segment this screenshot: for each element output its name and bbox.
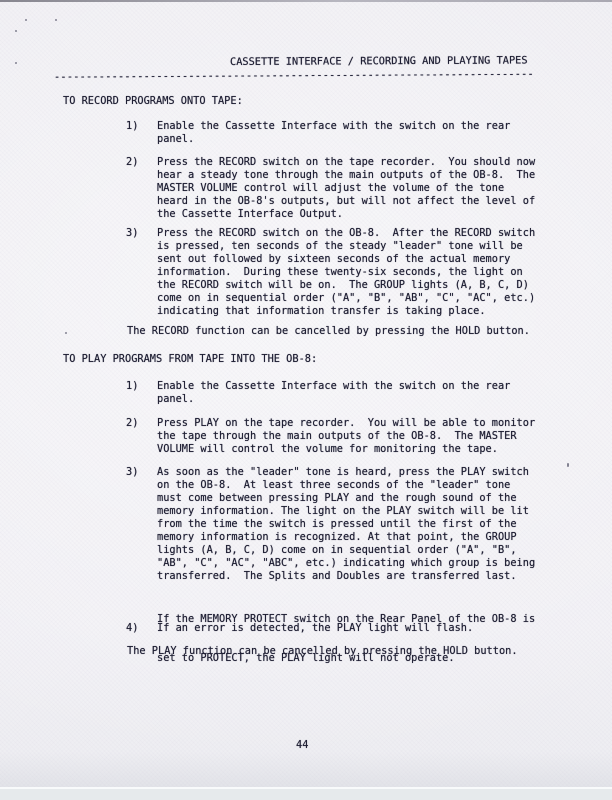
- play-cancel-note: The PLAY function can be cancelled by pr…: [127, 645, 518, 658]
- text-line: Press the RECORD switch on the OB-8. Aft…: [157, 227, 535, 240]
- scanned-manual-page: CASSETTE INTERFACE / RECORDING AND PLAYI…: [0, 0, 612, 800]
- text-line: memory information. The light on the PLA…: [157, 505, 535, 518]
- text-line: As soon as the "leader" tone is heard, p…: [157, 466, 535, 479]
- scan-top-edge-shadow: [0, 0, 612, 2]
- text-line: from the time the switch is pressed unti…: [157, 518, 535, 531]
- text-line: If an error is detected, the PLAY light …: [157, 622, 473, 635]
- play-step-1-number: 1): [126, 380, 138, 393]
- scan-speck: [15, 62, 17, 64]
- text-line: VOLUME will control the volume for monit…: [157, 443, 535, 456]
- record-step-2-text: Press the RECORD switch on the tape reco…: [157, 156, 535, 221]
- section-play-heading: TO PLAY PROGRAMS FROM TAPE INTO THE OB-8…: [63, 353, 317, 366]
- section-record-heading: TO RECORD PROGRAMS ONTO TAPE:: [63, 95, 243, 108]
- text-line: transferred. The Splits and Doubles are …: [157, 570, 535, 583]
- play-step-3-number: 3): [126, 466, 138, 479]
- text-line: Enable the Cassette Interface with the s…: [157, 120, 510, 133]
- scan-speck: [55, 19, 57, 21]
- memory-protect-note: If the MEMORY PROTECT switch on the Rear…: [157, 587, 535, 691]
- text-line: Press PLAY on the tape recorder. You wil…: [157, 417, 535, 430]
- scan-bottom-edge: [0, 787, 612, 800]
- text-line: the RECORD switch will be on. The GROUP …: [157, 279, 535, 292]
- text-line: the Cassette Interface Output.: [157, 208, 535, 221]
- text-line: sent out followed by sixteen seconds of …: [157, 253, 535, 266]
- text-line: information. During these twenty-six sec…: [157, 266, 535, 279]
- text-line: Press the RECORD switch on the tape reco…: [157, 156, 535, 169]
- record-step-2-number: 2): [126, 156, 138, 169]
- scan-speck: [15, 30, 17, 32]
- play-step-4-text: If an error is detected, the PLAY light …: [157, 622, 473, 635]
- text-line: indicating that information transfer is …: [157, 305, 535, 318]
- record-step-3-number: 3): [126, 227, 138, 240]
- scan-speck: [567, 463, 569, 467]
- record-step-3-text: Press the RECORD switch on the OB-8. Aft…: [157, 227, 535, 318]
- text-line: on the OB-8. At least three seconds of t…: [157, 479, 535, 492]
- text-line: panel.: [157, 133, 510, 146]
- record-cancel-note: The RECORD function can be cancelled by …: [127, 325, 530, 338]
- text-line: "AB", "C", "AC", "ABC", etc.) indicating…: [157, 557, 535, 570]
- play-step-1-text: Enable the Cassette Interface with the s…: [157, 380, 510, 406]
- page-number: 44: [296, 739, 308, 752]
- play-step-4-number: 4): [126, 622, 138, 635]
- play-step-3-text: As soon as the "leader" tone is heard, p…: [157, 466, 535, 583]
- text-line: panel.: [157, 393, 510, 406]
- text-line: heard in the OB-8's outputs, but will no…: [157, 195, 535, 208]
- play-step-2-text: Press PLAY on the tape recorder. You wil…: [157, 417, 535, 456]
- text-line: must come between pressing PLAY and the …: [157, 492, 535, 505]
- text-line: MASTER VOLUME control will adjust the vo…: [157, 182, 535, 195]
- text-line: memory information is recognized. At tha…: [157, 531, 535, 544]
- header-divider-dashes: ----------------------------------------…: [54, 68, 534, 84]
- text-line: come on in sequential order ("A", "B", "…: [157, 292, 535, 305]
- text-line: is pressed, ten seconds of the steady "l…: [157, 240, 535, 253]
- text-line: hear a steady tone through the main outp…: [157, 169, 535, 182]
- scan-bottom-shade: [0, 752, 612, 787]
- scan-speck: [25, 19, 27, 21]
- record-step-1-text: Enable the Cassette Interface with the s…: [157, 120, 510, 146]
- scan-speck: [65, 332, 67, 334]
- text-line: the tape through the main outputs of the…: [157, 430, 535, 443]
- page-header-title: CASSETTE INTERFACE / RECORDING AND PLAYI…: [230, 54, 528, 69]
- play-step-2-number: 2): [126, 417, 138, 430]
- text-line: lights (A, B, C, D) come on in sequentia…: [157, 544, 535, 557]
- record-step-1-number: 1): [126, 120, 138, 133]
- text-line: Enable the Cassette Interface with the s…: [157, 380, 510, 393]
